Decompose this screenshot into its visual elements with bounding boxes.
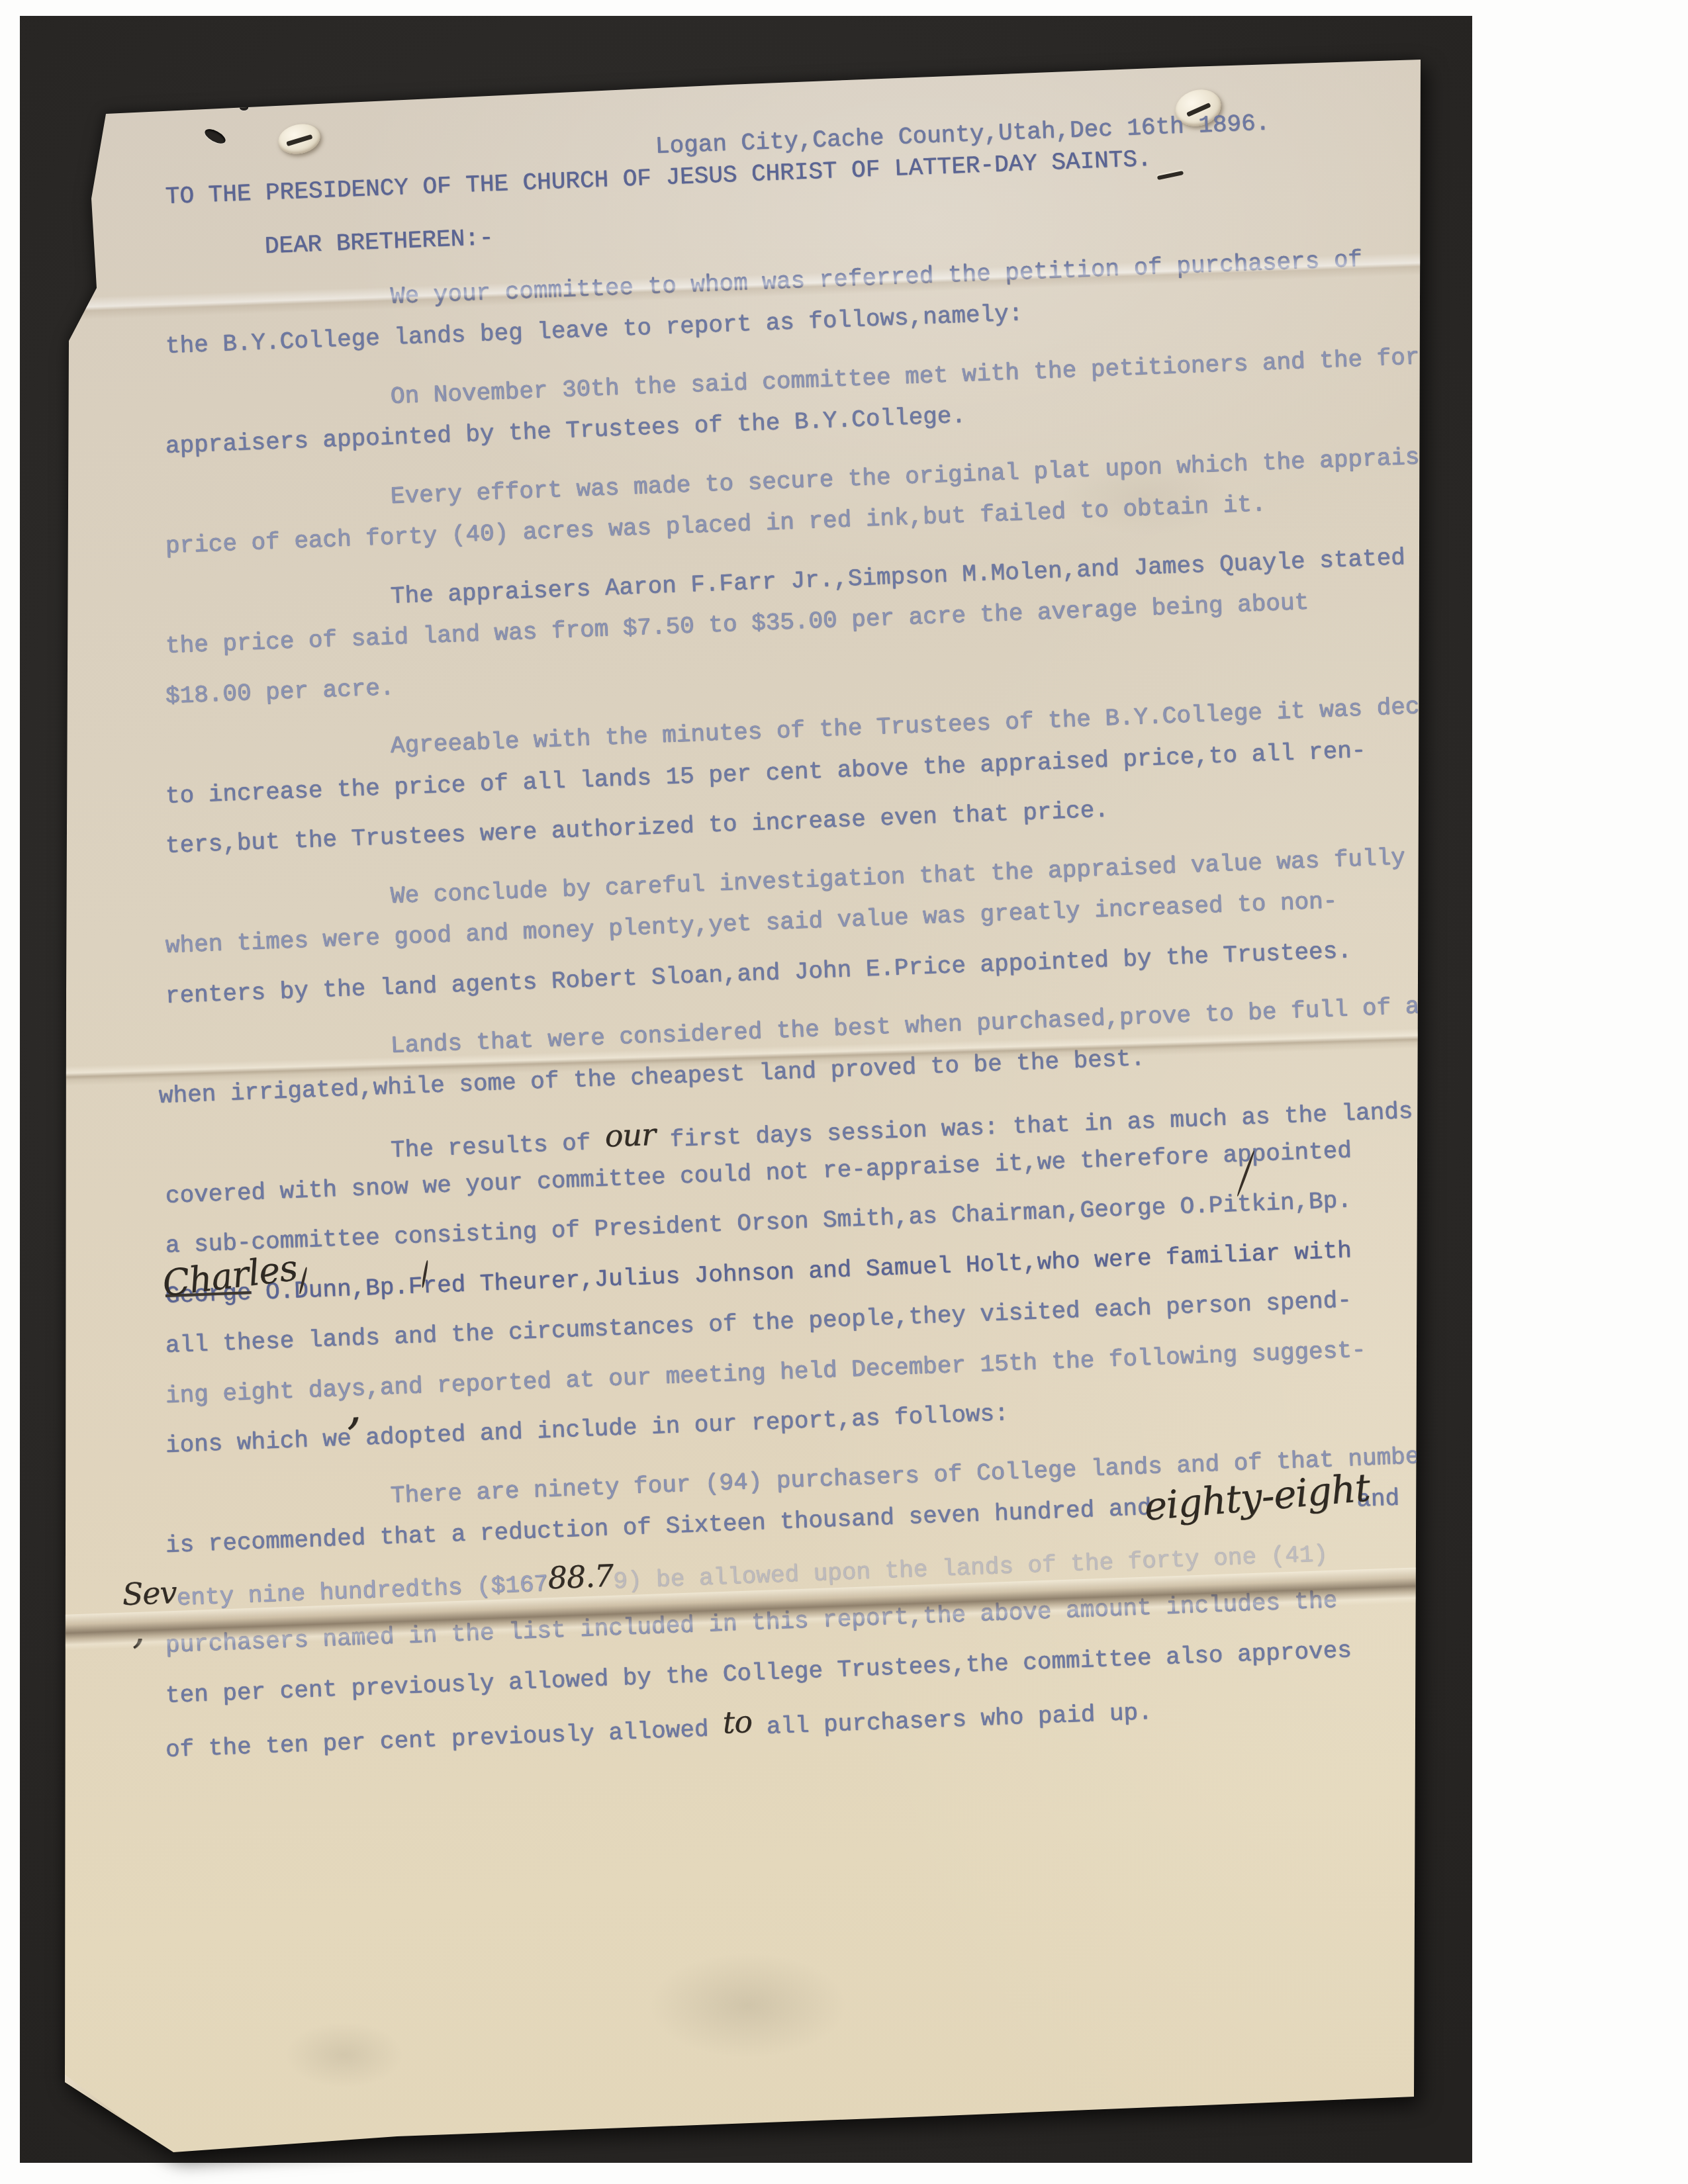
paper-tear-3 xyxy=(203,126,228,146)
folded-corner xyxy=(64,2069,175,2154)
typed-text: of the ten per cent previously allowed xyxy=(165,1715,723,1764)
document-line-10: The appraisers Aaron F.Farr Jr.,Simpson … xyxy=(390,542,1477,610)
scanned-letter-page: Logan City,Cache County,Utah,Dec 16th 18… xyxy=(0,0,1688,2184)
document-line-6: On November 30th the said committee met … xyxy=(390,343,1463,410)
typed-text: first days session was: that in as much … xyxy=(655,1095,1485,1154)
typed-text: Every effort was made to secure the orig… xyxy=(390,442,1463,510)
paper-tear-2 xyxy=(240,105,248,111)
paper-tear-1 xyxy=(259,62,283,81)
fastener-hole-left xyxy=(275,120,323,158)
typed-text: On November 30th the said committee met … xyxy=(390,342,1463,410)
typed-text: The results of xyxy=(390,1129,605,1164)
document-line-12: $18.00 per acre. xyxy=(165,675,395,710)
document-line-7: appraisers appointed by the Trustees of … xyxy=(165,403,966,460)
typed-text: DEAR BRETHEREN:- xyxy=(264,224,494,260)
typed-text: ions which we adopted and include in our… xyxy=(165,1400,1009,1459)
smudge-2 xyxy=(285,2022,404,2088)
typed-text: The appraisers Aaron F.Farr Jr.,Simpson … xyxy=(390,541,1477,610)
document-line-27: ions which we adopted and include in our… xyxy=(165,1400,1009,1459)
handwritten-correction: Sev xyxy=(122,1574,177,1612)
fastener-slit xyxy=(1157,171,1184,180)
handwritten-correction: our xyxy=(604,1116,656,1154)
typed-text: the price of said land was from $7.50 to… xyxy=(165,589,1309,660)
typed-text: ters,but the Trustees were authorized to… xyxy=(165,796,1109,860)
handwritten-correction: 88.7 xyxy=(547,1558,614,1596)
typed-text: appraisers appointed by the Trustees of … xyxy=(165,402,966,460)
document-line-11: the price of said land was from $7.50 to… xyxy=(165,590,1309,660)
typed-text: $18.00 per acre. xyxy=(165,674,395,710)
document-line-15: ters,but the Trustees were authorized to… xyxy=(165,797,1109,860)
smudge-1 xyxy=(649,1952,847,2058)
typed-text: to increase the price of all lands 15 pe… xyxy=(165,737,1366,810)
paper-sheet-wrap: Logan City,Cache County,Utah,Dec 16th 18… xyxy=(0,0,1688,2184)
handwritten-correction: to xyxy=(722,1704,753,1741)
document-line-14: to increase the price of all lands 15 pe… xyxy=(165,737,1366,810)
document-line-3: DEAR BRETHEREN:- xyxy=(264,225,494,260)
letter-paper: Logan City,Cache County,Utah,Dec 16th 18… xyxy=(0,0,1688,2184)
document-line-8: Every effort was made to secure the orig… xyxy=(390,443,1463,510)
typed-text: all purchasers who paid up. xyxy=(751,1699,1152,1741)
fastener-hole-left-slit xyxy=(286,134,312,146)
document-line-33: of the ten per cent previously allowed t… xyxy=(165,1695,1152,1764)
